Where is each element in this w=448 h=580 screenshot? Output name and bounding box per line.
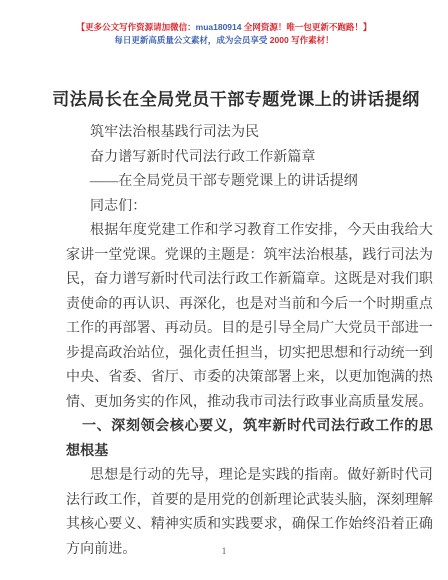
ad-line1-prefix: 【更多公文写作资源请加微信： [77,22,196,32]
ad-banner: 【更多公文写作资源请加微信：mua180914 全网资源！唯一包更新不跑路！】 … [0,0,448,46]
page-number: 1 [0,546,448,556]
section-heading-1: 一、深刻领会核心要义，筑牢新时代司法行政工作的思想根基 [66,415,433,464]
ad-line1-suffix: 全网资源！唯一包更新不跑路！】 [241,22,371,32]
paragraph-1: 根据年度党建工作和学习教育工作安排，今天由我给大家讲一堂党课。党课的主题是：筑牢… [66,219,433,415]
document-title: 司法局长在全局党员干部专题党课上的讲话提纲 [40,87,432,112]
ad-line-1: 【更多公文写作资源请加微信：mua180914 全网资源！唯一包更新不跑路！】 [0,21,448,34]
subtitle-line-1: 筑牢法治根基践行司法为民 [66,121,433,146]
subtitle-line-2: 奋力谱写新时代司法行政工作新篇章 [66,146,433,171]
ad-line-2: 每日更新高质量公文素材，成为会员享受 2000 写作素材！ [0,34,448,47]
ad-line1-wechat-id: mua180914 [196,22,242,32]
document-body: 筑牢法治根基践行司法为民 奋力谱写新时代司法行政工作新篇章 ——在全局党员干部专… [66,121,433,562]
ad-line2-prefix: 每日更新高质量公文素材，成为会员享受 [114,35,269,45]
salutation: 同志们： [66,195,433,220]
ad-line2-highlight: 2000 写作素材！ [270,35,334,45]
document-page: 【更多公文写作资源请加微信：mua180914 全网资源！唯一包更新不跑路！】 … [0,0,448,580]
subtitle-line-3: ——在全局党员干部专题党课上的讲话提纲 [66,170,433,195]
